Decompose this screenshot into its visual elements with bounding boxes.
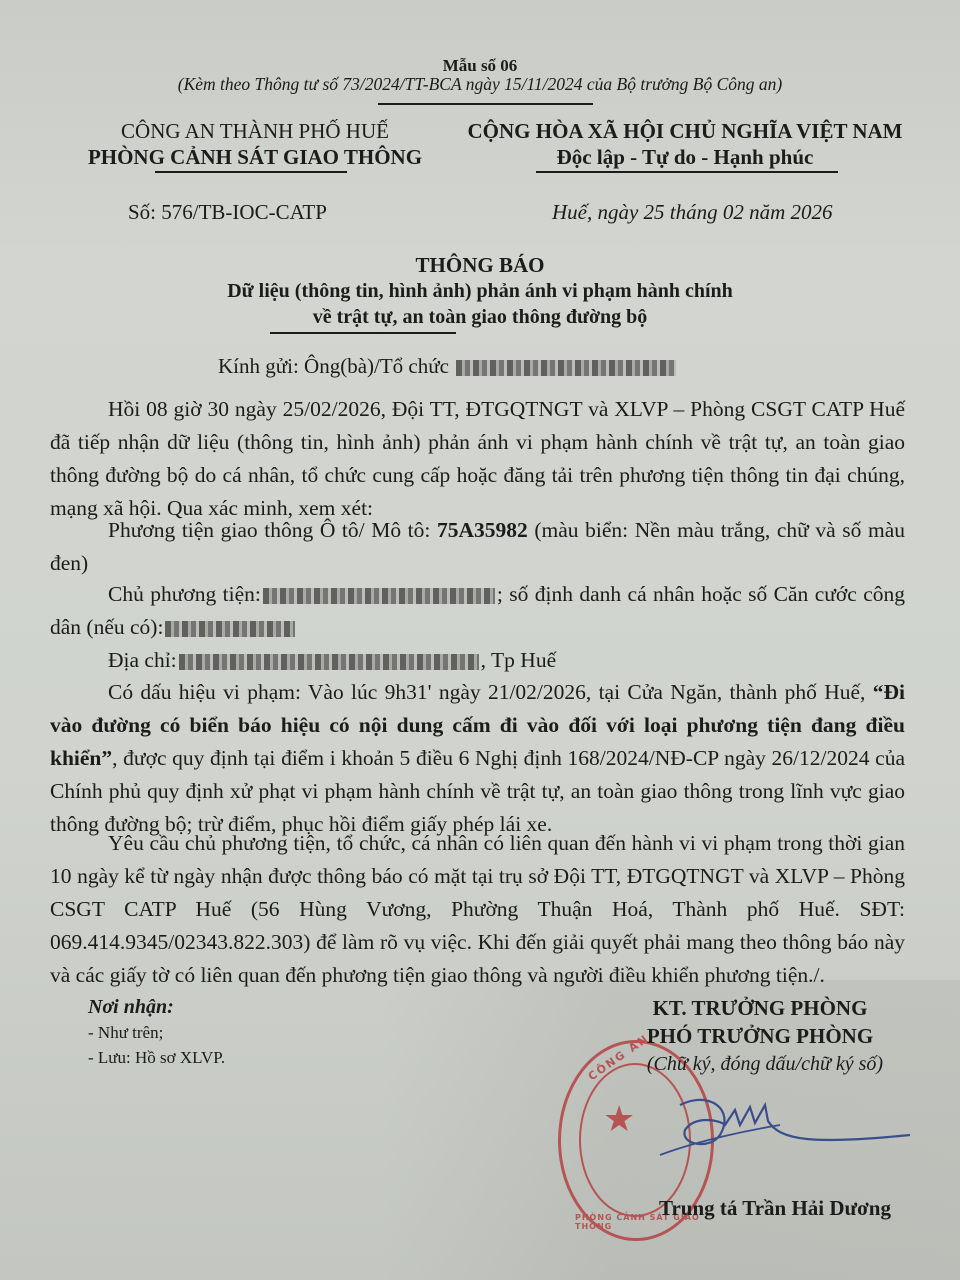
divider (378, 103, 593, 105)
star-emblem-icon: ★ (603, 1098, 635, 1140)
signer-title-1: KT. TRƯỞNG PHÒNG (590, 996, 930, 1021)
form-number: Mẫu số 06 (0, 56, 960, 76)
signer-name: Trung tá Trần Hải Dương (600, 1196, 950, 1221)
title-underline (270, 332, 456, 334)
recipient-label: Kính gửi: Ông(bà)/Tổ chức (218, 354, 449, 378)
form-attached-note: (Kèm theo Thông tư số 73/2024/TT-BCA ngà… (0, 74, 960, 95)
owner-name-redacted (263, 588, 495, 604)
motto: Độc lập - Tự do - Hạnh phúc (480, 145, 890, 170)
address-label: Địa chỉ: (108, 648, 177, 672)
place-date: Huế, ngày 25 tháng 02 năm 2026 (552, 200, 833, 225)
violation-paragraph: Có dấu hiệu vi phạm: Vào lúc 9h31' ngày … (50, 676, 905, 841)
notice-subtitle-2: về trật tự, an toàn giao thông đường bộ (0, 306, 960, 329)
owner-label: Chủ phương tiện: (108, 582, 261, 606)
vehicle-label: Phương tiện giao thông Ô tô/ Mô tô: (108, 518, 430, 542)
document-number: Số: 576/TB-IOC-CATP (128, 200, 327, 225)
request-paragraph: Yêu cầu chủ phương tiện, tổ chức, cá nhâ… (50, 827, 905, 992)
agency-parent: CÔNG AN THÀNH PHỐ HUẾ (60, 119, 450, 144)
recipient-line: Kính gửi: Ông(bà)/Tổ chức (218, 354, 678, 379)
owner-id-redacted (165, 621, 295, 637)
handwritten-signature-icon (640, 1085, 920, 1165)
address-redacted (179, 654, 479, 670)
recipient-name-redacted (456, 360, 676, 376)
vehicle-plate: 75A35982 (437, 518, 528, 542)
agency-name: PHÒNG CẢNH SÁT GIAO THÔNG (40, 145, 470, 170)
address-paragraph: Địa chỉ:, Tp Huế (50, 644, 905, 677)
notice-title: THÔNG BÁO (0, 253, 960, 278)
agency-underline (155, 171, 347, 173)
recipient-item-2: - Lưu: Hồ sơ XLVP. (88, 1048, 225, 1068)
vehicle-paragraph: Phương tiện giao thông Ô tô/ Mô tô: 75A3… (50, 514, 905, 580)
violation-legal-basis: , được quy định tại điểm i khoản 5 điều … (50, 746, 905, 836)
signature-note: (Chữ ký, đóng dấu/chữ ký số) (600, 1053, 930, 1076)
intro-paragraph: Hồi 08 giờ 30 ngày 25/02/2026, Đội TT, Đ… (50, 393, 905, 525)
notice-subtitle-1: Dữ liệu (thông tin, hình ảnh) phản ánh v… (0, 280, 960, 303)
motto-underline (536, 171, 838, 173)
recipients-label: Nơi nhận: (88, 996, 174, 1019)
recipient-item-1: - Như trên; (88, 1023, 163, 1043)
country-name: CỘNG HÒA XÃ HỘI CHỦ NGHĨA VIỆT NAM (440, 119, 930, 144)
owner-paragraph: Chủ phương tiện:; số định danh cá nhân h… (50, 578, 905, 644)
address-city: , Tp Huế (481, 648, 556, 672)
signer-title-2: PHÓ TRƯỞNG PHÒNG (590, 1024, 930, 1049)
violation-intro: Có dấu hiệu vi phạm: Vào lúc 9h31' ngày … (108, 680, 865, 704)
